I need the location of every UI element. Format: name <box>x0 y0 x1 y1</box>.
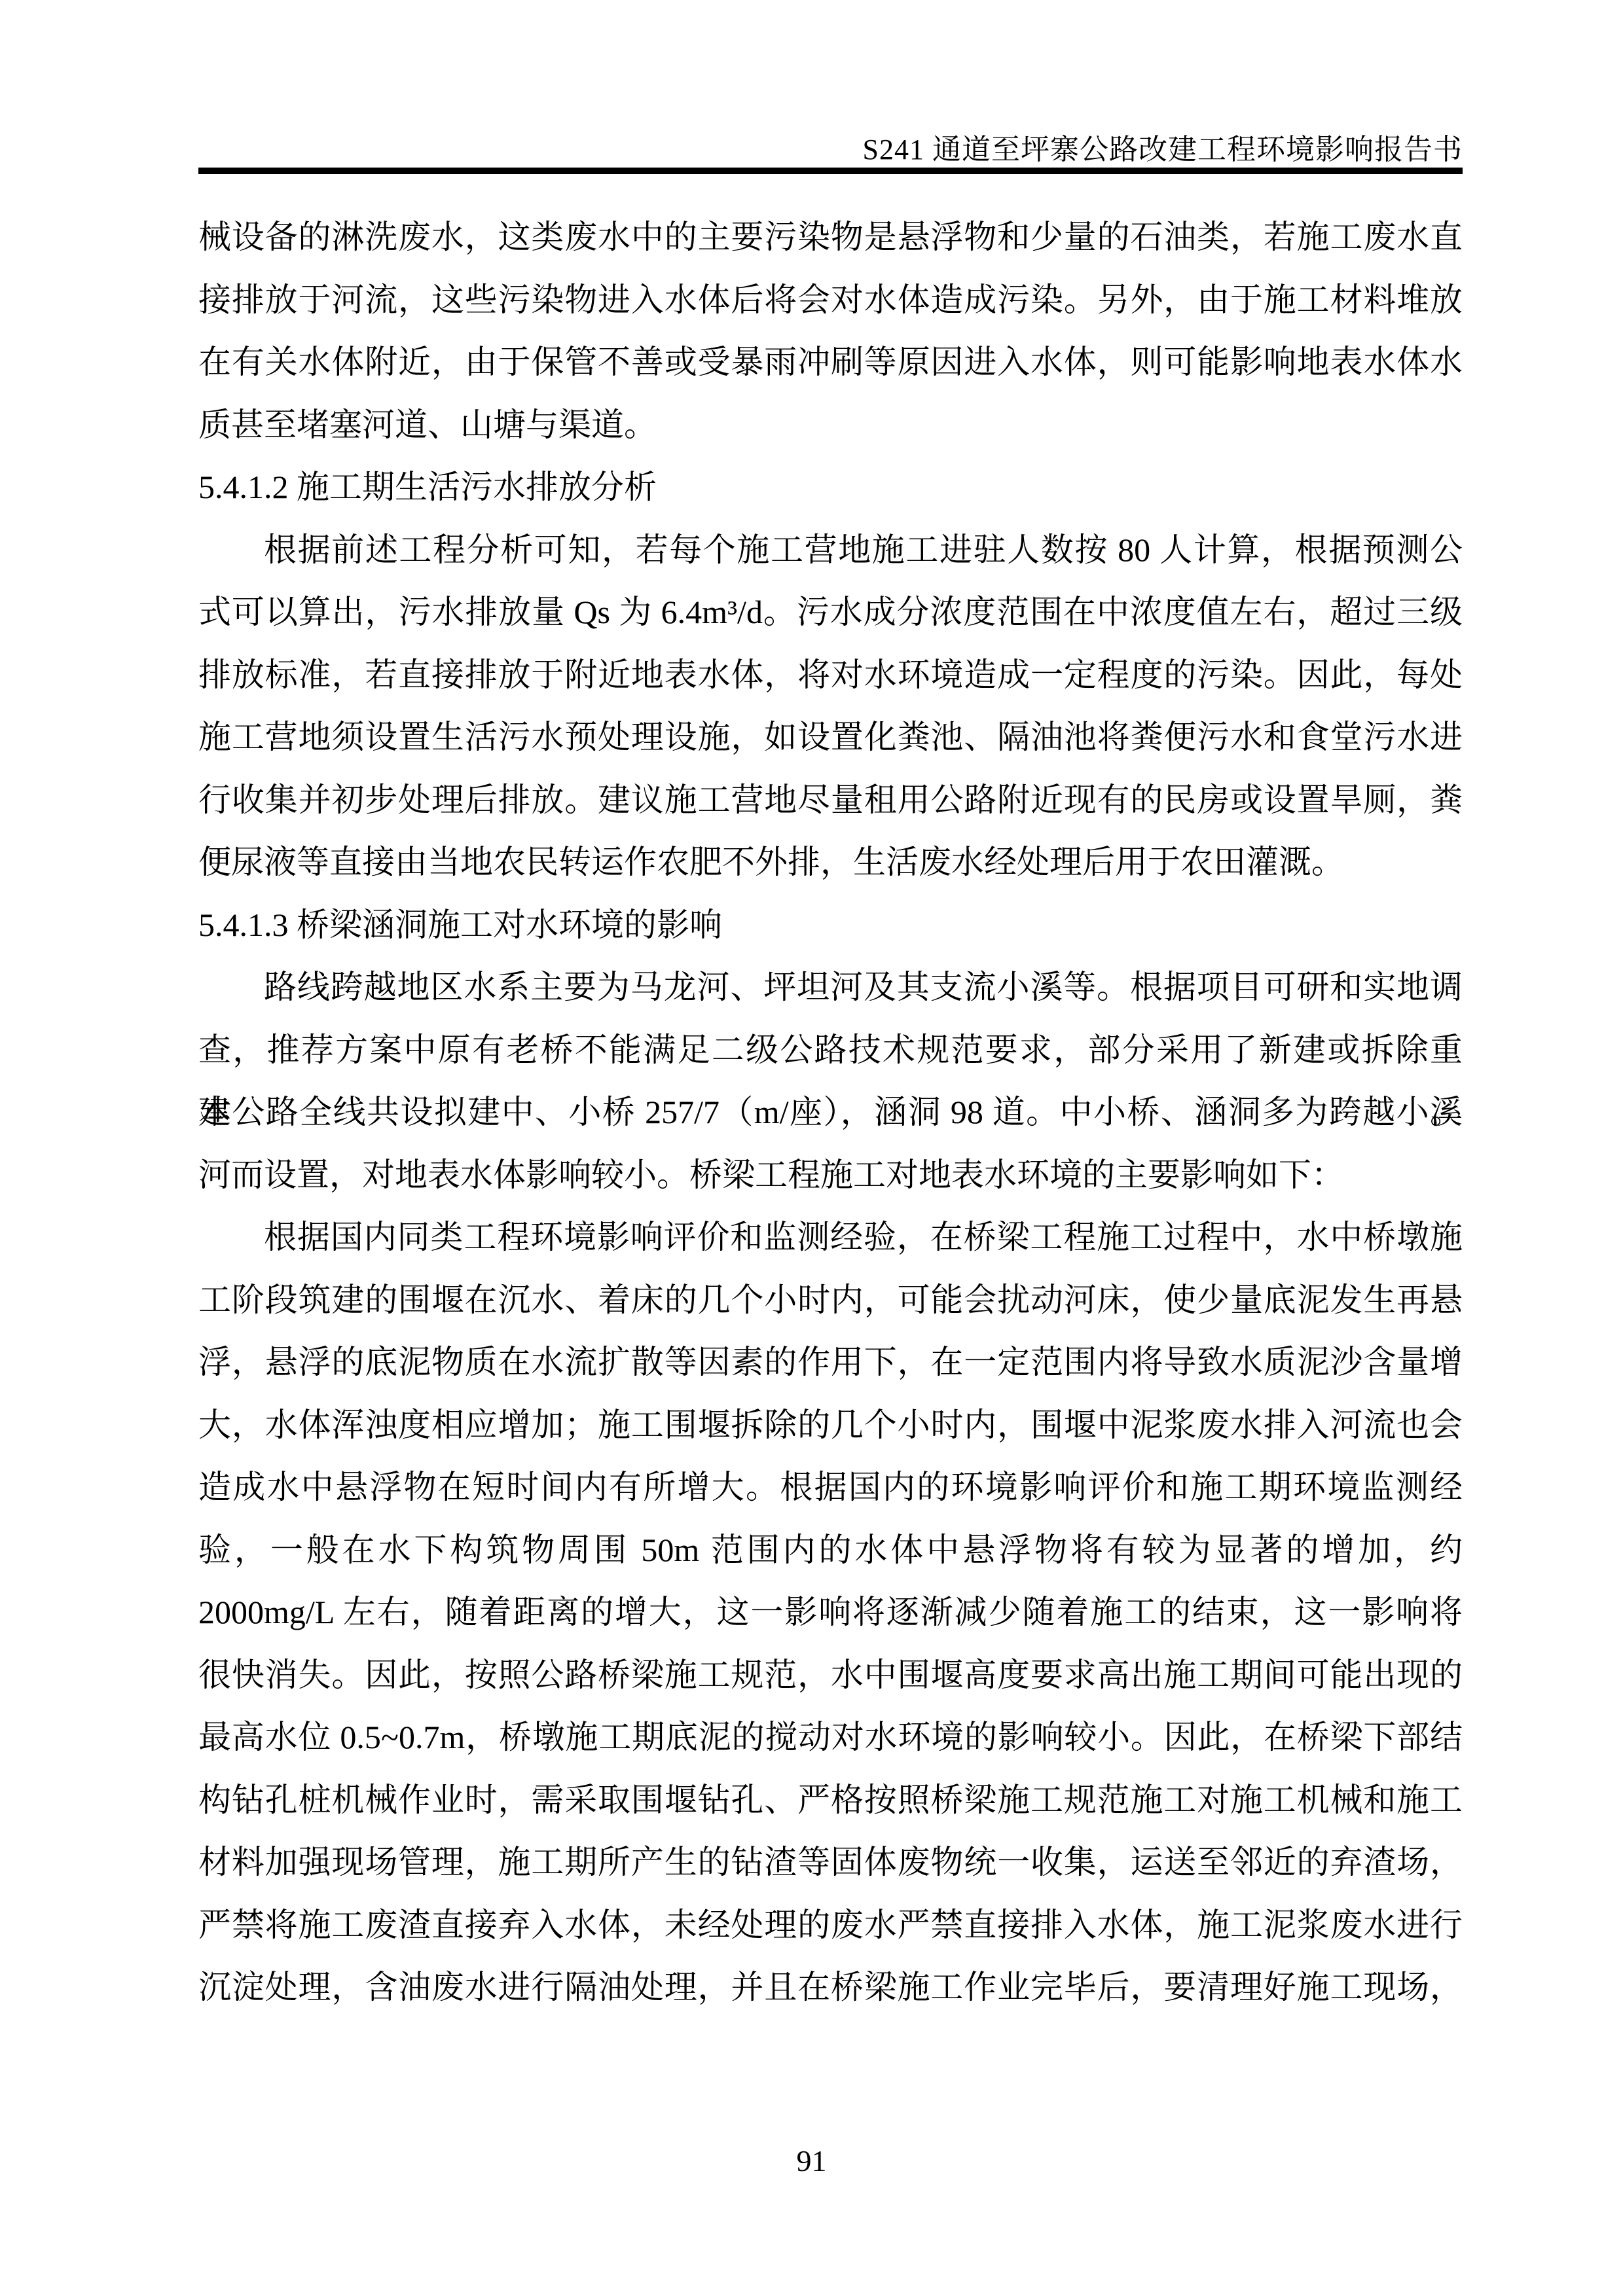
text-line: 严禁将施工废渣直接弃入水体，未经处理的废水严禁直接排入水体，施工泥浆废水进行 <box>198 1894 1463 1957</box>
text-line: 本公路全线共设拟建中、小桥 257/7（m/座），涵洞 98 道。中小桥、涵洞多… <box>198 1081 1463 1144</box>
section-heading: 5.4.1.2 施工期生活污水排放分析 <box>198 456 1463 519</box>
text-line: 造成水中悬浮物在短时间内有所增大。根据国内的环境影响评价和施工期环境监测经 <box>198 1456 1463 1519</box>
document-body: 械设备的淋洗废水，这类废水中的主要污染物是悬浮物和少量的石油类，若施工废水直接排… <box>198 206 1463 2019</box>
text-line: 材料加强现场管理，施工期所产生的钻渣等固体废物统一收集，运送至邻近的弃渣场， <box>198 1831 1463 1894</box>
section-heading: 5.4.1.3 桥梁涵洞施工对水环境的影响 <box>198 894 1463 957</box>
text-line: 浮，悬浮的底泥物质在水流扩散等因素的作用下，在一定范围内将导致水质泥沙含量增 <box>198 1331 1463 1394</box>
text-line: 排放标准，若直接排放于附近地表水体，将对水环境造成一定程度的污染。因此，每处 <box>198 644 1463 707</box>
text-line: 查，推荐方案中原有老桥不能满足二级公路技术规范要求，部分采用了新建或拆除重建。 <box>198 1019 1463 1082</box>
page-number: 91 <box>0 2142 1623 2181</box>
header-divider-rule <box>198 168 1463 174</box>
text-line: 在有关水体附近，由于保管不善或受暴雨冲刷等原因进入水体，则可能影响地表水体水 <box>198 331 1463 394</box>
text-line: 构钻孔桩机械作业时，需采取围堰钻孔、严格按照桥梁施工规范施工对施工机械和施工 <box>198 1769 1463 1832</box>
text-line: 河而设置，对地表水体影响较小。桥梁工程施工对地表水环境的主要影响如下： <box>198 1144 1463 1207</box>
text-line: 施工营地须设置生活污水预处理设施，如设置化粪池、隔油池将粪便污水和食堂污水进 <box>198 706 1463 769</box>
page-header-title: S241 通道至坪寨公路改建工程环境影响报告书 <box>198 131 1463 169</box>
text-line: 最高水位 0.5~0.7m，桥墩施工期底泥的搅动对水环境的影响较小。因此，在桥梁… <box>198 1706 1463 1769</box>
text-line: 沉淀处理，含油废水进行隔油处理，并且在桥梁施工作业完毕后，要清理好施工现场， <box>198 1956 1463 2019</box>
text-line: 很快消失。因此，按照公路桥梁施工规范，水中围堰高度要求高出施工期间可能出现的 <box>198 1644 1463 1707</box>
text-line: 工阶段筑建的围堰在沉水、着床的几个小时内，可能会扰动河床，使少量底泥发生再悬 <box>198 1269 1463 1332</box>
text-line: 质甚至堵塞河道、山塘与渠道。 <box>198 394 1463 457</box>
text-line: 2000mg/L 左右，随着距离的增大，这一影响将逐渐减少随着施工的结束，这一影… <box>198 1581 1463 1644</box>
text-line: 行收集并初步处理后排放。建议施工营地尽量租用公路附近现有的民房或设置旱厕，粪 <box>198 769 1463 832</box>
text-line: 验，一般在水下构筑物周围 50m 范围内的水体中悬浮物将有较为显著的增加，约 <box>198 1519 1463 1582</box>
text-line: 械设备的淋洗废水，这类废水中的主要污染物是悬浮物和少量的石油类，若施工废水直 <box>198 206 1463 269</box>
text-line: 根据前述工程分析可知，若每个施工营地施工进驻人数按 80 人计算，根据预测公 <box>198 519 1463 582</box>
text-line: 根据国内同类工程环境影响评价和监测经验，在桥梁工程施工过程中，水中桥墩施 <box>198 1206 1463 1269</box>
text-line: 式可以算出，污水排放量 Qs 为 6.4m³/d。污水成分浓度范围在中浓度值左右… <box>198 581 1463 644</box>
text-line: 路线跨越地区水系主要为马龙河、坪坦河及其支流小溪等。根据项目可研和实地调 <box>198 956 1463 1019</box>
text-line: 便尿液等直接由当地农民转运作农肥不外排，生活废水经处理后用于农田灌溉。 <box>198 831 1463 894</box>
text-line: 接排放于河流，这些污染物进入水体后将会对水体造成污染。另外，由于施工材料堆放 <box>198 269 1463 332</box>
document-page: S241 通道至坪寨公路改建工程环境影响报告书 械设备的淋洗废水，这类废水中的主… <box>0 0 1623 2296</box>
text-line: 大，水体浑浊度相应增加；施工围堰拆除的几个小时内，围堰中泥浆废水排入河流也会 <box>198 1394 1463 1457</box>
